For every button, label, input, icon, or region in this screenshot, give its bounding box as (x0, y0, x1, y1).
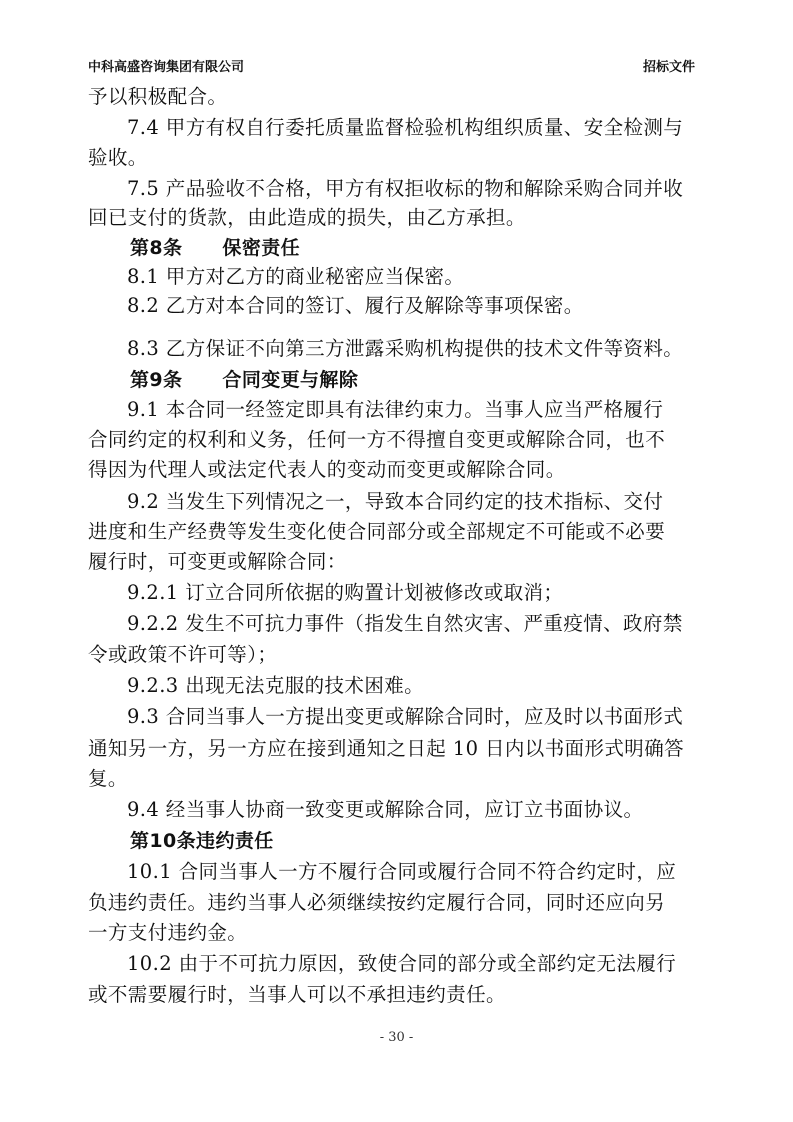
continuation-text-line: 一方支付违约金。 (88, 919, 708, 947)
continuation-text-line: 得因为代理人或法定代表人的变动而变更或解除合同。 (88, 456, 708, 484)
section-number: 第8条 (130, 237, 182, 259)
clause-text-line: 9.3 合同当事人一方提出变更或解除合同时，应及时以书面形式 (127, 703, 747, 731)
clause-text-line: 8.3 乙方保证不向第三方泄露采购机构提供的技术文件等资料。 (127, 335, 747, 363)
continuation-text-line: 验收。 (88, 144, 708, 172)
continuation-text-line: 负违约责任。违约当事人必须继续按约定履行合同，同时还应向另 (88, 889, 708, 917)
section-number: 第9条 (130, 369, 182, 391)
continuation-text-line: 履行时，可变更或解除合同： (88, 548, 708, 576)
section-heading: 第8条保密责任 (130, 234, 750, 262)
page-number: - 30 - (0, 1030, 793, 1045)
clause-text-line: 9.2.2 发生不可抗力事件（指发生自然灾害、严重疫情、政府禁 (127, 610, 747, 638)
clause-text-line: 8.2 乙方对本合同的签订、履行及解除等事项保密。 (127, 292, 747, 320)
section-number: 第10条违约责任 (130, 830, 274, 852)
clause-text-line: 7.5 产品验收不合格，甲方有权拒收标的物和解除采购合同并收 (127, 175, 747, 203)
continuation-text-line: 回已支付的货款，由此造成的损失，由乙方承担。 (88, 204, 708, 232)
section-heading: 第9条合同变更与解除 (130, 366, 750, 394)
section-heading: 第10条违约责任 (130, 827, 750, 855)
clause-text-line: 9.2 当发生下列情况之一，导致本合同约定的技术指标、交付 (127, 488, 747, 516)
continuation-text-line: 合同约定的权利和义务，任何一方不得擅自变更或解除合同，也不 (88, 426, 708, 454)
clause-text-line: 9.4 经当事人协商一致变更或解除合同，应订立书面协议。 (127, 796, 747, 824)
clause-text-line: 10.1 合同当事人一方不履行合同或履行合同不符合约定时，应 (127, 858, 747, 886)
continuation-text-line: 复。 (88, 765, 708, 793)
section-title: 合同变更与解除 (222, 369, 358, 391)
clause-text-line: 9.2.1 订立合同所依据的购置计划被修改或取消； (127, 579, 747, 607)
clause-text-line: 10.2 由于不可抗力原因，致使合同的部分或全部约定无法履行 (127, 950, 747, 978)
page-header-company: 中科高盛咨询集团有限公司 (88, 56, 244, 75)
continuation-text-line: 或不需要履行时，当事人可以不承担违约责任。 (88, 981, 708, 1009)
continuation-text-line: 进度和生产经费等发生变化使合同部分或全部规定不可能或不必要 (88, 518, 708, 546)
clause-text-line: 9.2.3 出现无法克服的技术困难。 (127, 672, 747, 700)
clause-text-line: 7.4 甲方有权自行委托质量监督检验机构组织质量、安全检测与 (127, 114, 747, 142)
clause-text-line: 9.1 本合同一经签定即具有法律约束力。当事人应当严格履行 (127, 396, 747, 424)
continuation-text-line: 通知另一方，另一方应在接到通知之日起 10 日内以书面形式明确答 (88, 735, 708, 763)
clause-text-line: 8.1 甲方对乙方的商业秘密应当保密。 (127, 263, 747, 291)
continuation-text-line: 予以积极配合。 (88, 83, 708, 111)
page-header-doc-type: 招标文件 (643, 56, 695, 75)
continuation-text-line: 令或政策不许可等）； (88, 641, 708, 669)
section-title: 保密责任 (222, 237, 300, 259)
